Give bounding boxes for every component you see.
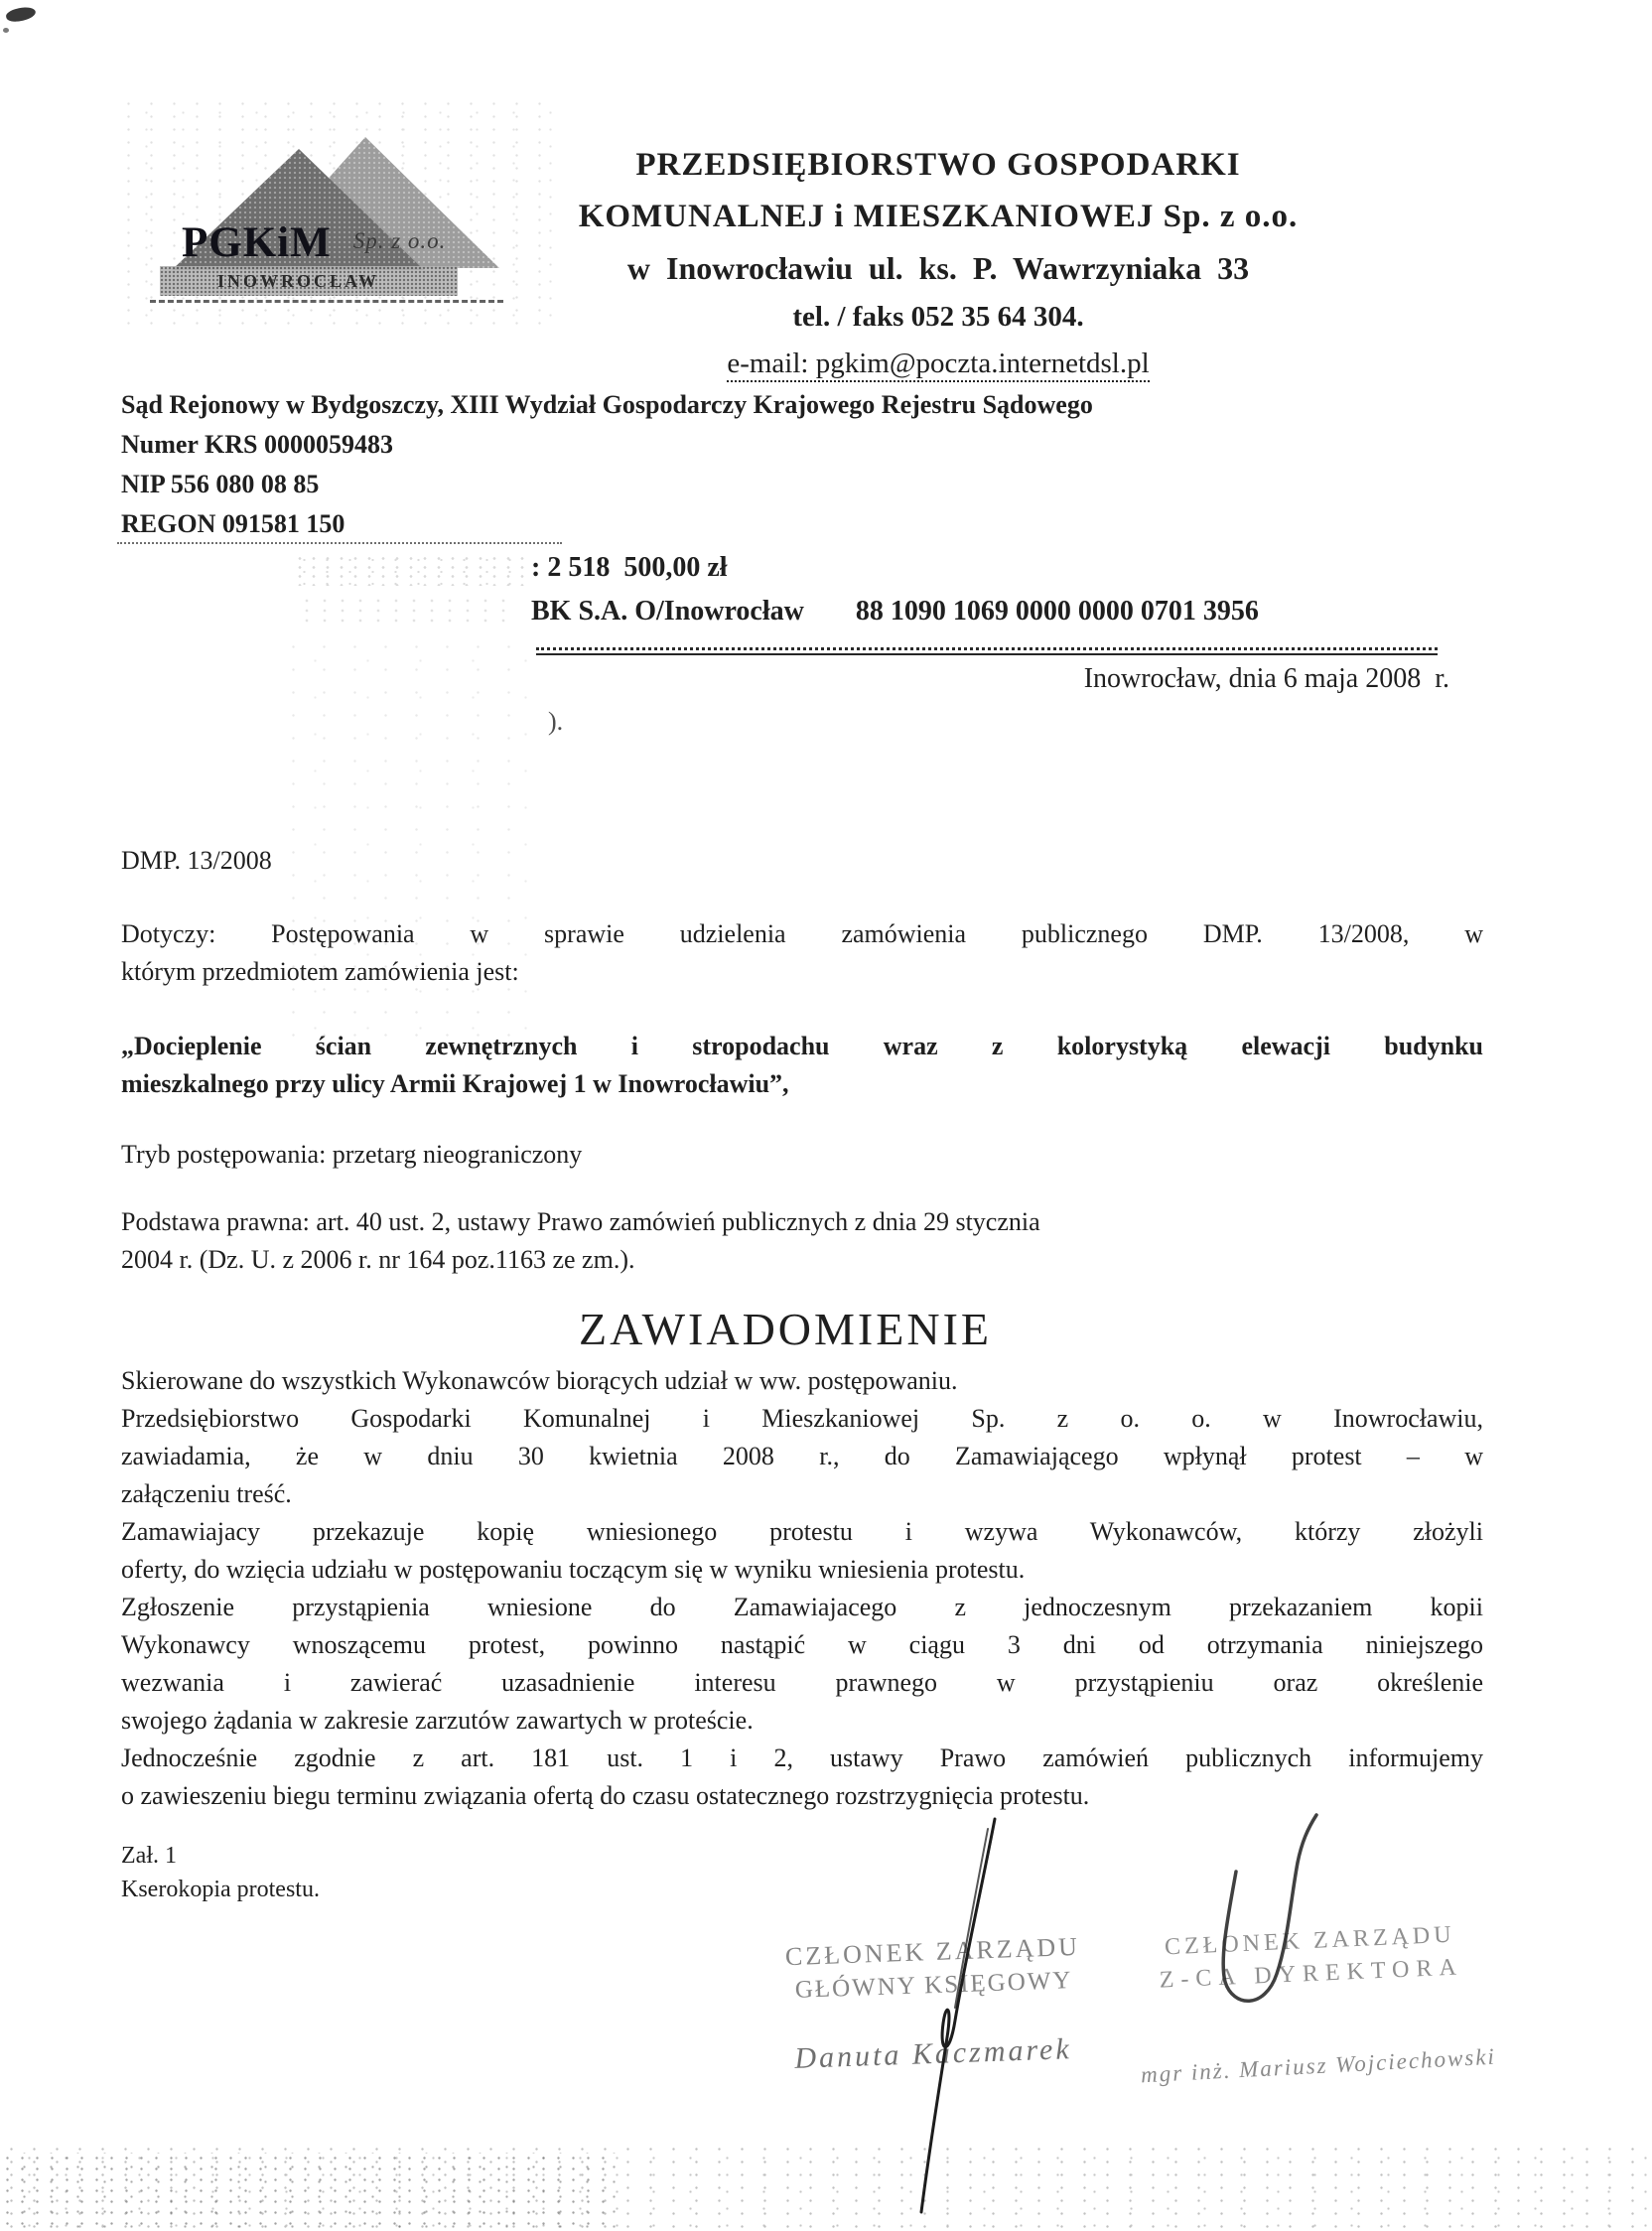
bank-account-line: BK S.A. O/Inowrocław88 1090 1069 0000 00… — [531, 596, 1259, 627]
scanned-letter-page: PGKiMSp. z o.o. INOWROCŁAW PRZEDSIĘBIORS… — [0, 0, 1652, 2231]
faded-text-remnant — [298, 596, 516, 627]
company-phone: tel. / faks 052 35 64 304. — [397, 294, 1479, 341]
share-capital: : 2 518 500,00 zł — [531, 552, 728, 584]
faded-text-remnant — [293, 554, 526, 586]
subject-intro-line: Dotyczy: Postępowania w sprawie udzielen… — [121, 915, 1483, 953]
dotted-underline — [117, 542, 562, 544]
legal-basis-line: Podstawa prawna: art. 40 ust. 2, ustawy … — [121, 1203, 1483, 1241]
bank-name: BK S.A. O/Inowrocław — [531, 596, 804, 627]
company-address: w Inowrocławiu ul. ks. P. Wawrzyniaka 33 — [397, 242, 1479, 294]
company-email: e-mail: pgkim@poczta.internetdsl.pl — [397, 341, 1479, 386]
subject-title: „Docieplenie ścian zewnętrznych i stropo… — [121, 1028, 1483, 1103]
scan-blot — [5, 5, 37, 24]
body-line: Wykonawcy wnoszącemu protest, powinno na… — [121, 1626, 1483, 1664]
attachment-line2: Kserokopia protestu. — [121, 1873, 320, 1906]
account-number: 88 1090 1069 0000 0000 0701 3956 — [856, 596, 1259, 627]
stray-mark: ). — [548, 707, 563, 737]
signature-stroke-right — [1223, 1815, 1316, 2001]
attachment-note: Zał. 1 Kserokopia protestu. — [121, 1839, 320, 1906]
legal-basis-line: 2004 r. (Dz. U. z 2006 r. nr 164 poz.116… — [121, 1241, 1483, 1279]
body-line: wezwania i zawierać uzasadnienie interes… — [121, 1664, 1483, 1702]
registry-court: Sąd Rejonowy w Bydgoszczy, XIII Wydział … — [121, 385, 1093, 425]
email-text: e-mail: pgkim@poczta.internetdsl.pl — [727, 348, 1149, 382]
reference-number: DMP. 13/2008 — [121, 846, 272, 876]
registry-krs: Numer KRS 0000059483 — [121, 425, 1093, 465]
notice-title: ZAWIADOMIENIE — [104, 1303, 1466, 1355]
registry-nip: NIP 556 080 08 85 — [121, 465, 1093, 504]
body-line: Jednocześnie zgodnie z art. 181 ust. 1 i… — [121, 1740, 1483, 1777]
letterhead: PRZEDSIĘBIORSTWO GOSPODARKI KOMUNALNEJ i… — [397, 139, 1479, 386]
attachment-line1: Zał. 1 — [121, 1839, 320, 1873]
company-name-line2: KOMUNALNEJ i MIESZKANIOWEJ Sp. z o.o. — [397, 191, 1479, 242]
body-line: zawiadamia, że w dniu 30 kwietnia 2008 r… — [121, 1438, 1483, 1475]
subject-intro-line: którym przedmiotem zamówienia jest: — [121, 953, 1483, 991]
subject-title-line: mieszkalnego przy ulicy Armii Krajowej 1… — [121, 1065, 1483, 1103]
body-line: Przedsiębiorstwo Gospodarki Komunalnej i… — [121, 1400, 1483, 1438]
signature-stroke-left-2 — [955, 1829, 988, 2008]
procedure-mode: Tryb postępowania: przetarg nieograniczo… — [121, 1140, 582, 1170]
logo-acronym: PGKiM — [182, 219, 332, 266]
registry-regon: REGON 091581 150 — [121, 504, 1093, 544]
notice-body: Skierowane do wszystkich Wykonawców bior… — [121, 1362, 1483, 1815]
registry-block: Sąd Rejonowy w Bydgoszczy, XIII Wydział … — [121, 385, 1093, 544]
body-line: Skierowane do wszystkich Wykonawców bior… — [121, 1362, 1483, 1400]
body-line: Zgłoszenie przystąpienia wniesione do Za… — [121, 1589, 1483, 1626]
company-name-line1: PRZEDSIĘBIORSTWO GOSPODARKI — [397, 139, 1479, 191]
subject-intro: Dotyczy: Postępowania w sprawie udzielen… — [121, 915, 1483, 991]
subject-title-line: „Docieplenie ścian zewnętrznych i stropo… — [121, 1028, 1483, 1065]
body-line: oferty, do wzięcia udziału w postępowani… — [121, 1551, 1483, 1589]
body-line: swojego żądania w zakresie zarzutów zawa… — [121, 1702, 1483, 1740]
scan-noise — [0, 2153, 616, 2231]
legal-basis: Podstawa prawna: art. 40 ust. 2, ustawy … — [121, 1203, 1483, 1279]
dotted-separator — [536, 647, 1438, 655]
body-line: Zamawiajacy przekazuje kopię wniesionego… — [121, 1513, 1483, 1551]
dateline: Inowrocław, dnia 6 maja 2008 r. — [894, 663, 1449, 695]
scan-blot — [3, 28, 9, 33]
body-line: załączeniu treść. — [121, 1475, 1483, 1513]
